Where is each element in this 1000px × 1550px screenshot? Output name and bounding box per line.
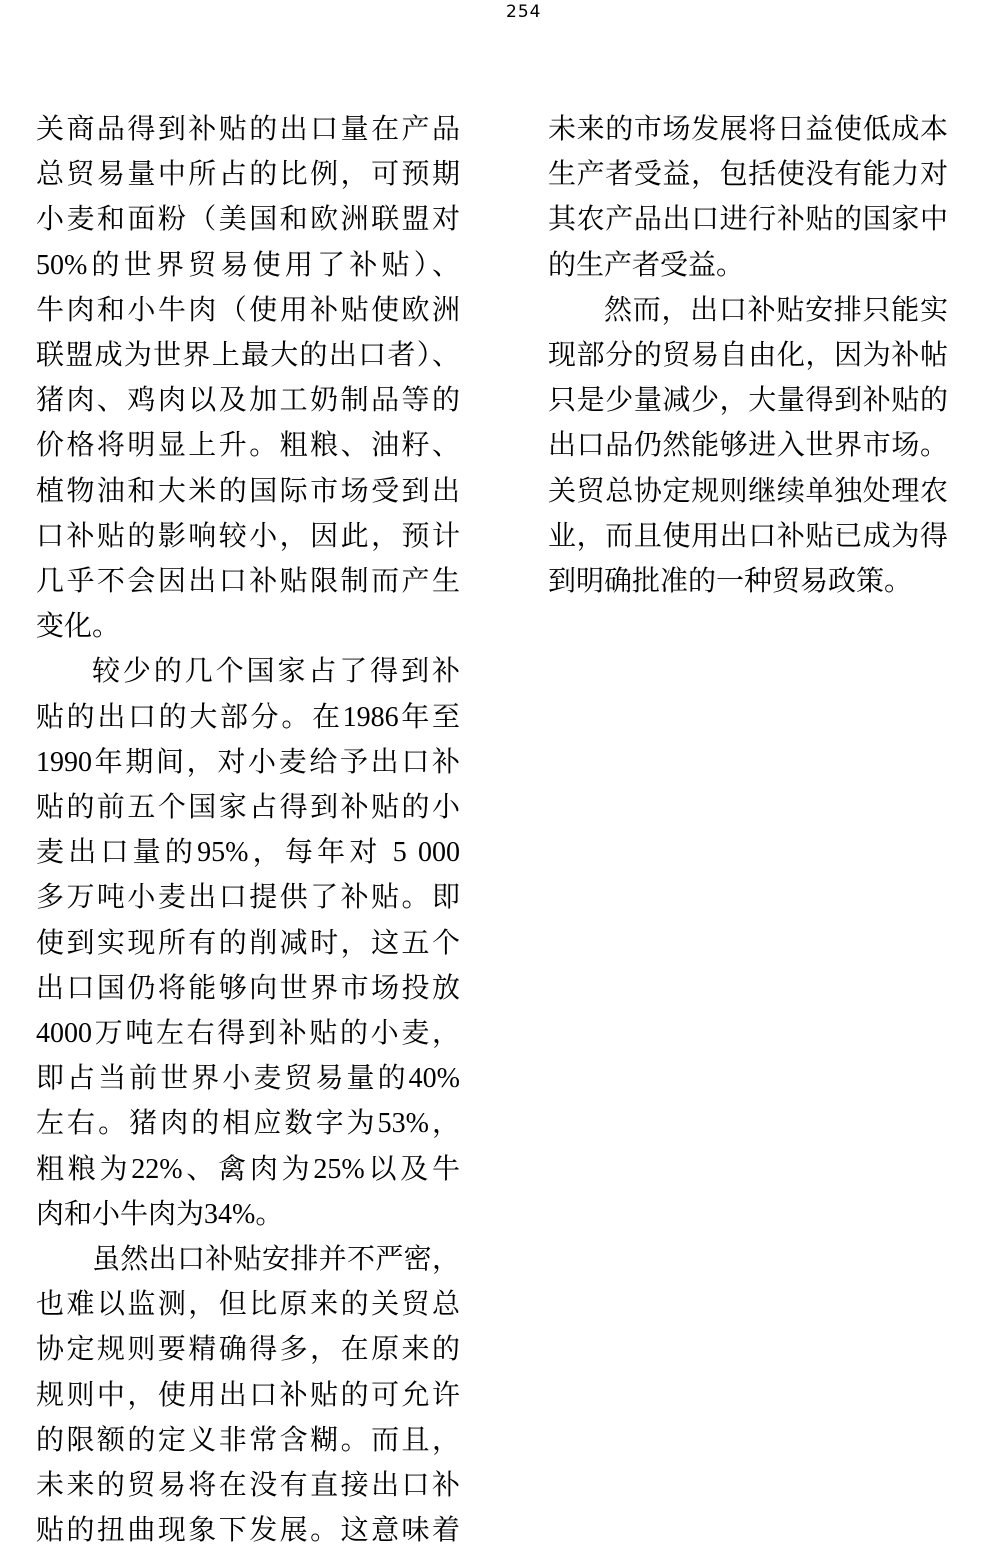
text-line: 生产者受益，包括使没有能力对	[548, 152, 948, 197]
text-line: 出口国仍将能够向世界市场投放	[36, 966, 460, 1011]
text-line: 出口品仍然能够进入世界市场。	[548, 423, 948, 468]
text-line: 也难以监测，但比原来的关贸总	[36, 1282, 460, 1327]
text-line: 未来的市场发展将日益使低成本	[548, 107, 948, 152]
text-line: 50%的世界贸易使用了补贴）、	[36, 243, 460, 288]
text-line: 联盟成为世界上最大的出口者）、	[36, 333, 460, 378]
text-line: 4000万吨左右得到补贴的小麦，	[36, 1011, 460, 1056]
text-line: 1990年期间，对小麦给予出口补	[36, 740, 460, 785]
text-line: 使到实现所有的削减时，这五个	[36, 921, 460, 966]
text-line: 到明确批准的一种贸易政策。	[548, 559, 948, 604]
text-line: 其农产品出口进行补贴的国家中	[548, 197, 948, 242]
text-line: 未来的贸易将在没有直接出口补	[36, 1463, 460, 1508]
text-line: 小麦和面粉（美国和欧洲联盟对	[36, 197, 460, 242]
text-line: 变化。	[36, 604, 460, 649]
paragraph: 较少的几个国家占了得到补 贴的出口的大部分。在1986年至 1990年期间，对小…	[36, 649, 460, 1237]
text-line: 的限额的定义非常含糊。而且，	[36, 1418, 460, 1463]
text-line: 然而，出口补贴安排只能实	[548, 288, 948, 333]
text-line: 粗粮为22%、禽肉为25%以及牛	[36, 1147, 460, 1192]
text-line: 即占当前世界小麦贸易量的40%	[36, 1056, 460, 1101]
text-line: 左右。猪肉的相应数字为53%，	[36, 1101, 460, 1146]
text-line: 牛肉和小牛肉（使用补贴使欧洲	[36, 288, 460, 333]
paragraph: 虽然出口补贴安排并不严密， 也难以监测，但比原来的关贸总 协定规则要精确得多，在…	[36, 1237, 460, 1550]
text-line: 虽然出口补贴安排并不严密，	[36, 1237, 460, 1282]
paragraph: 关商品得到补贴的出口量在产品 总贸易量中所占的比例，可预期 小麦和面粉（美国和欧…	[36, 107, 460, 649]
text-line: 贴的前五个国家占得到补贴的小	[36, 785, 460, 830]
text-line: 协定规则要精确得多，在原来的	[36, 1327, 460, 1372]
text-line: 关贸总协定规则继续单独处理农	[548, 469, 948, 514]
paragraph: 然而，出口补贴安排只能实 现部分的贸易自由化，因为补帖 只是少量减少，大量得到补…	[548, 288, 948, 604]
text-line: 关商品得到补贴的出口量在产品	[36, 107, 460, 152]
right-column: 未来的市场发展将日益使低成本 生产者受益，包括使没有能力对 其农产品出口进行补贴…	[548, 107, 948, 604]
text-line: 肉和小牛肉为34%。	[36, 1192, 460, 1237]
paragraph: 未来的市场发展将日益使低成本 生产者受益，包括使没有能力对 其农产品出口进行补贴…	[548, 107, 948, 288]
page-number: 254	[506, 2, 541, 22]
text-line: 业，而且使用出口补贴已成为得	[548, 514, 948, 559]
text-line: 麦出口量的95%，每年对 5 000	[36, 830, 460, 875]
text-line: 多万吨小麦出口提供了补贴。即	[36, 875, 460, 920]
text-line: 植物油和大米的国际市场受到出	[36, 469, 460, 514]
text-line: 价格将明显上升。粗粮、油籽、	[36, 423, 460, 468]
text-line: 较少的几个国家占了得到补	[36, 649, 460, 694]
text-line: 贴的出口的大部分。在1986年至	[36, 695, 460, 740]
text-line: 猪肉、鸡肉以及加工奶制品等的	[36, 378, 460, 423]
left-column: 关商品得到补贴的出口量在产品 总贸易量中所占的比例，可预期 小麦和面粉（美国和欧…	[36, 107, 460, 1550]
text-line: 总贸易量中所占的比例，可预期	[36, 152, 460, 197]
text-line: 规则中，使用出口补贴的可允许	[36, 1373, 460, 1418]
document-page: 254 关商品得到补贴的出口量在产品 总贸易量中所占的比例，可预期 小麦和面粉（…	[0, 0, 1000, 1550]
text-line: 只是少量减少，大量得到补贴的	[548, 378, 948, 423]
text-line: 现部分的贸易自由化，因为补帖	[548, 333, 948, 378]
text-line: 的生产者受益。	[548, 243, 948, 288]
text-line: 贴的扭曲现象下发展。这意味着	[36, 1508, 460, 1550]
text-line: 口补贴的影响较小，因此，预计	[36, 514, 460, 559]
text-line: 几乎不会因出口补贴限制而产生	[36, 559, 460, 604]
